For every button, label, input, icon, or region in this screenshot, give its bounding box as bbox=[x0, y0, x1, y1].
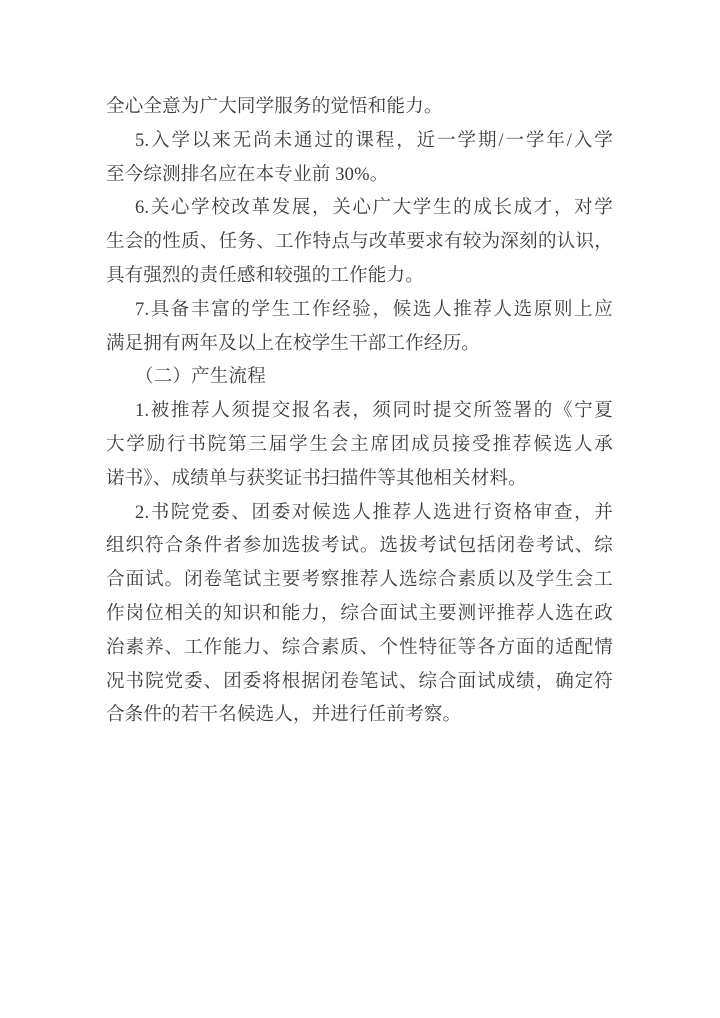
text-line: 7.具备丰富的学生工作经验，候选人推荐人选原则上应 bbox=[106, 294, 613, 328]
text-line: 生会的性质、任务、工作特点与改革要求有较为深刻的认识， bbox=[106, 226, 613, 260]
text-line: 至今综测排名应在本专业前 30%。 bbox=[106, 159, 613, 193]
text-line: 满足拥有两年及以上在校学生干部工作经历。 bbox=[106, 328, 613, 362]
text-line: 组织符合条件者参加选拔考试。选拔考试包括闭卷考试、综 bbox=[106, 530, 613, 564]
text-line: 具有强烈的责任感和较强的工作能力。 bbox=[106, 260, 613, 294]
text-line: 治素养、工作能力、综合素质、个性特征等各方面的适配情 bbox=[106, 632, 613, 666]
text-line: 诺书》、成绩单与获奖证书扫描件等其他相关材料。 bbox=[106, 463, 613, 497]
text-line: 5.入学以来无尚未通过的课程，近一学期/一学年/入学 bbox=[106, 125, 613, 159]
document-page: 全心全意为广大同学服务的觉悟和能力。5.入学以来无尚未通过的课程，近一学期/一学… bbox=[0, 0, 720, 1018]
text-line: 大学励行书院第三届学生会主席团成员接受推荐候选人承 bbox=[106, 429, 613, 463]
text-line: 1.被推荐人须提交报名表，须同时提交所签署的《宁夏 bbox=[106, 395, 613, 429]
text-line: 作岗位相关的知识和能力，综合面试主要测评推荐人选在政 bbox=[106, 598, 613, 632]
text-line: （二）产生流程 bbox=[106, 361, 613, 395]
text-line: 2.书院党委、团委对候选人推荐人选进行资格审查，并 bbox=[106, 497, 613, 531]
text-line: 合面试。闭卷笔试主要考察推荐人选综合素质以及学生会工 bbox=[106, 564, 613, 598]
document-body: 全心全意为广大同学服务的觉悟和能力。5.入学以来无尚未通过的课程，近一学期/一学… bbox=[106, 91, 613, 733]
text-line: 合条件的若干名候选人，并进行任前考察。 bbox=[106, 699, 613, 733]
text-line: 全心全意为广大同学服务的觉悟和能力。 bbox=[106, 91, 613, 125]
text-line: 6.关心学校改革发展，关心广大学生的成长成才，对学 bbox=[106, 192, 613, 226]
text-line: 况书院党委、团委将根据闭卷笔试、综合面试成绩，确定符 bbox=[106, 666, 613, 700]
